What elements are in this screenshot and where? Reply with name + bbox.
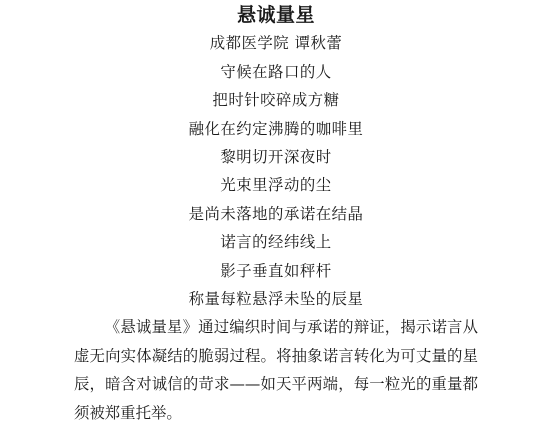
poem-commentary: 《悬诚量星》通过编织时间与承诺的辩证，揭示诺言从虚无向实体凝结的脆弱过程。将抽象… (74, 313, 478, 427)
poem-body: 守候在路口的人 把时针咬碎成方糖 融化在约定沸腾的咖啡里 黎明切开深夜时 光束里… (74, 58, 478, 314)
poem-line: 把时针咬碎成方糖 (74, 86, 478, 114)
document-page: 悬诚量星 成都医学院 谭秋蕾 守候在路口的人 把时针咬碎成方糖 融化在约定沸腾的… (0, 0, 552, 427)
poem-line: 诺言的经纬线上 (74, 228, 478, 256)
poem-line: 黎明切开深夜时 (74, 143, 478, 171)
poem-line: 光束里浮动的尘 (74, 171, 478, 199)
poem-line: 融化在约定沸腾的咖啡里 (74, 115, 478, 143)
poem-line: 称量每粒悬浮未坠的辰星 (74, 285, 478, 313)
poem-line: 是尚未落地的承诺在结晶 (74, 200, 478, 228)
poem-title: 悬诚量星 (74, 1, 478, 29)
poem-line: 守候在路口的人 (74, 58, 478, 86)
poem-line: 影子垂直如秤杆 (74, 257, 478, 285)
author-byline: 成都医学院 谭秋蕾 (74, 29, 478, 57)
